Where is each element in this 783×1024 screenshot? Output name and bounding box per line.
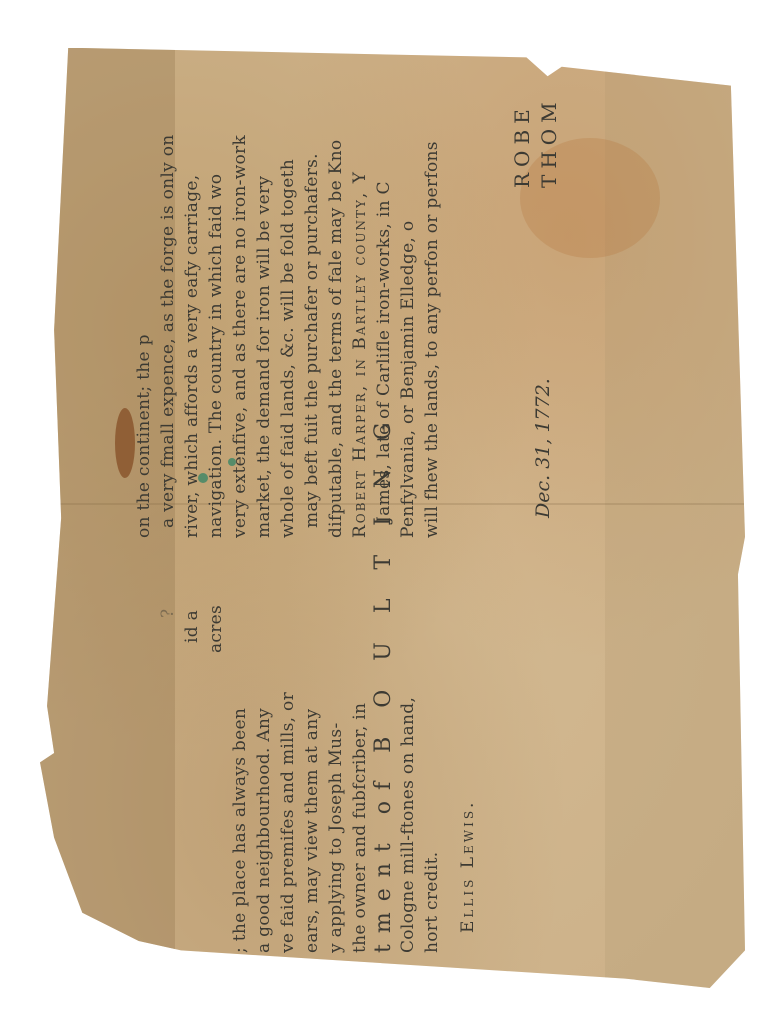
left-text-block: ? id a acres ; the place has always been… [132,593,480,953]
text-line: market, the demand for iron will be very [252,98,276,538]
text-line: very extenfive, and as there are no iron… [228,98,252,538]
text-line: id a [180,593,204,953]
text-line-boulting: tment of B O U L T I N G [372,593,396,953]
text-line: a good neighbourhood. Any [252,593,276,953]
date-line: Dec. 31, 1772. [532,378,554,518]
text-line: ? [156,593,180,953]
text-line: ears, may view them at any [300,593,324,953]
text-line: difputable, and the terms of fale may be… [324,98,348,538]
text-line: Penfylvania, or Benjamin Elledge, o [396,98,420,538]
text-line: y applying to Joseph Mus- [324,593,348,953]
text-fragment: ; the place has always been [230,708,250,953]
text-line: the owner and fubfcriber, in [348,593,372,953]
text-line: hort credit. [420,593,444,953]
text-line: on the continent; the p [132,98,156,538]
text-line: Cologne mill-ftones on hand, [396,593,420,953]
text-line: ; the place has always been [228,593,252,953]
text-line: a very fmall expence, as the forge is on… [156,98,180,538]
text-line: river, which affords a very eafy carriag… [180,98,204,538]
right-text-block: on the continent; the p a very fmall exp… [132,98,444,538]
newspaper-fragment: ? id a acres ; the place has always been… [40,48,745,988]
text-line: navigation. The country in which faid wo [204,98,228,538]
text-line: acres [204,593,228,953]
text-line: ve faid premifes and mills, or [276,593,300,953]
text-line: Robert Harper, in Bartley county, Y [348,98,372,538]
text-line: may beft fuit the purchafer or purchafer… [300,98,324,538]
signature-ellis-lewis: Ellis Lewis. [456,593,480,953]
text-line: James, late of Carlifle iron-works, in C [372,98,396,538]
text-line: whole of faid lands, &c. will be fold to… [276,98,300,538]
text-line [132,593,156,953]
text-line: will fhew the lands, to any perfon or pe… [420,98,444,538]
signature-thom: THOM [537,96,561,188]
signature-robe: ROBE [510,103,534,188]
